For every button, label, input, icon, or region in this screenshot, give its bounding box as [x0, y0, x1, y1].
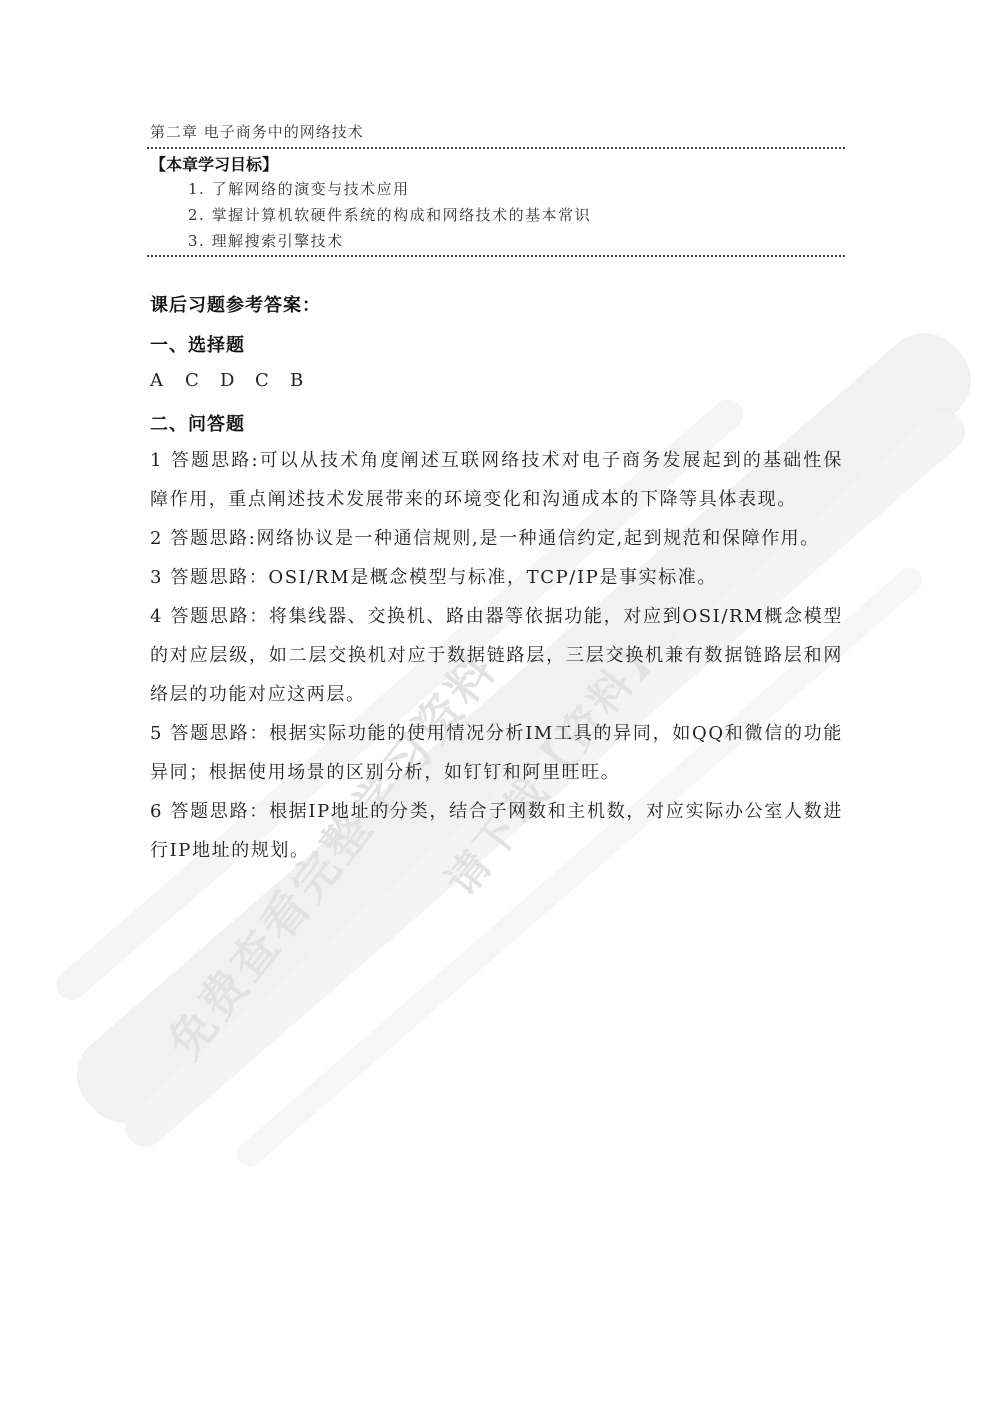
objective-item: 3. 理解搜索引擎技术 [188, 230, 344, 251]
qa-answer-1: 1 答题思路:可以从技术角度阐述互联网络技术对电子商务发展起到的基础性保障作用，… [150, 441, 843, 519]
objectives-title: 【本章学习目标】 [150, 152, 278, 175]
objective-item: 1. 了解网络的演变与技术应用 [188, 178, 410, 199]
divider-bottom [147, 255, 845, 257]
answer-1: A [150, 370, 185, 391]
qa-answer-3: 3 答题思路：OSI/RM是概念模型与标准，TCP/IP是事实标准。 [150, 558, 843, 597]
qa-answer-5: 5 答题思路：根据实际功能的使用情况分析IM工具的异同，如QQ和微信的功能异同；… [150, 714, 843, 792]
objective-item: 2. 掌握计算机软硬件系统的构成和网络技术的基本常识 [188, 204, 591, 225]
document-page: 免费查看完整学习资料 请下载【资料】 第二章 电子商务中的网络技术 【本章学习目… [0, 0, 993, 1404]
answer-3: D [220, 370, 255, 391]
answer-2: C [185, 370, 220, 391]
multiple-choice-answers: ACDCB [150, 370, 325, 391]
answer-5: B [290, 370, 325, 391]
section-multiple-choice-title: 一、选择题 [150, 331, 245, 357]
qa-answer-4: 4 答题思路：将集线器、交换机、路由器等依据功能，对应到OSI/RM概念模型的对… [150, 597, 843, 714]
chapter-header: 第二章 电子商务中的网络技术 [150, 121, 364, 142]
section-qa-title: 二、问答题 [150, 410, 245, 436]
answers-heading: 课后习题参考答案： [150, 291, 321, 317]
answer-4: C [255, 370, 290, 391]
qa-answer-6: 6 答题思路：根据IP地址的分类，结合子网数和主机数，对应实际办公室人数进行IP… [150, 792, 843, 870]
divider-top [147, 147, 845, 149]
qa-answer-2: 2 答题思路:网络协议是一种通信规则,是一种通信约定,起到规范和保障作用。 [150, 519, 843, 558]
